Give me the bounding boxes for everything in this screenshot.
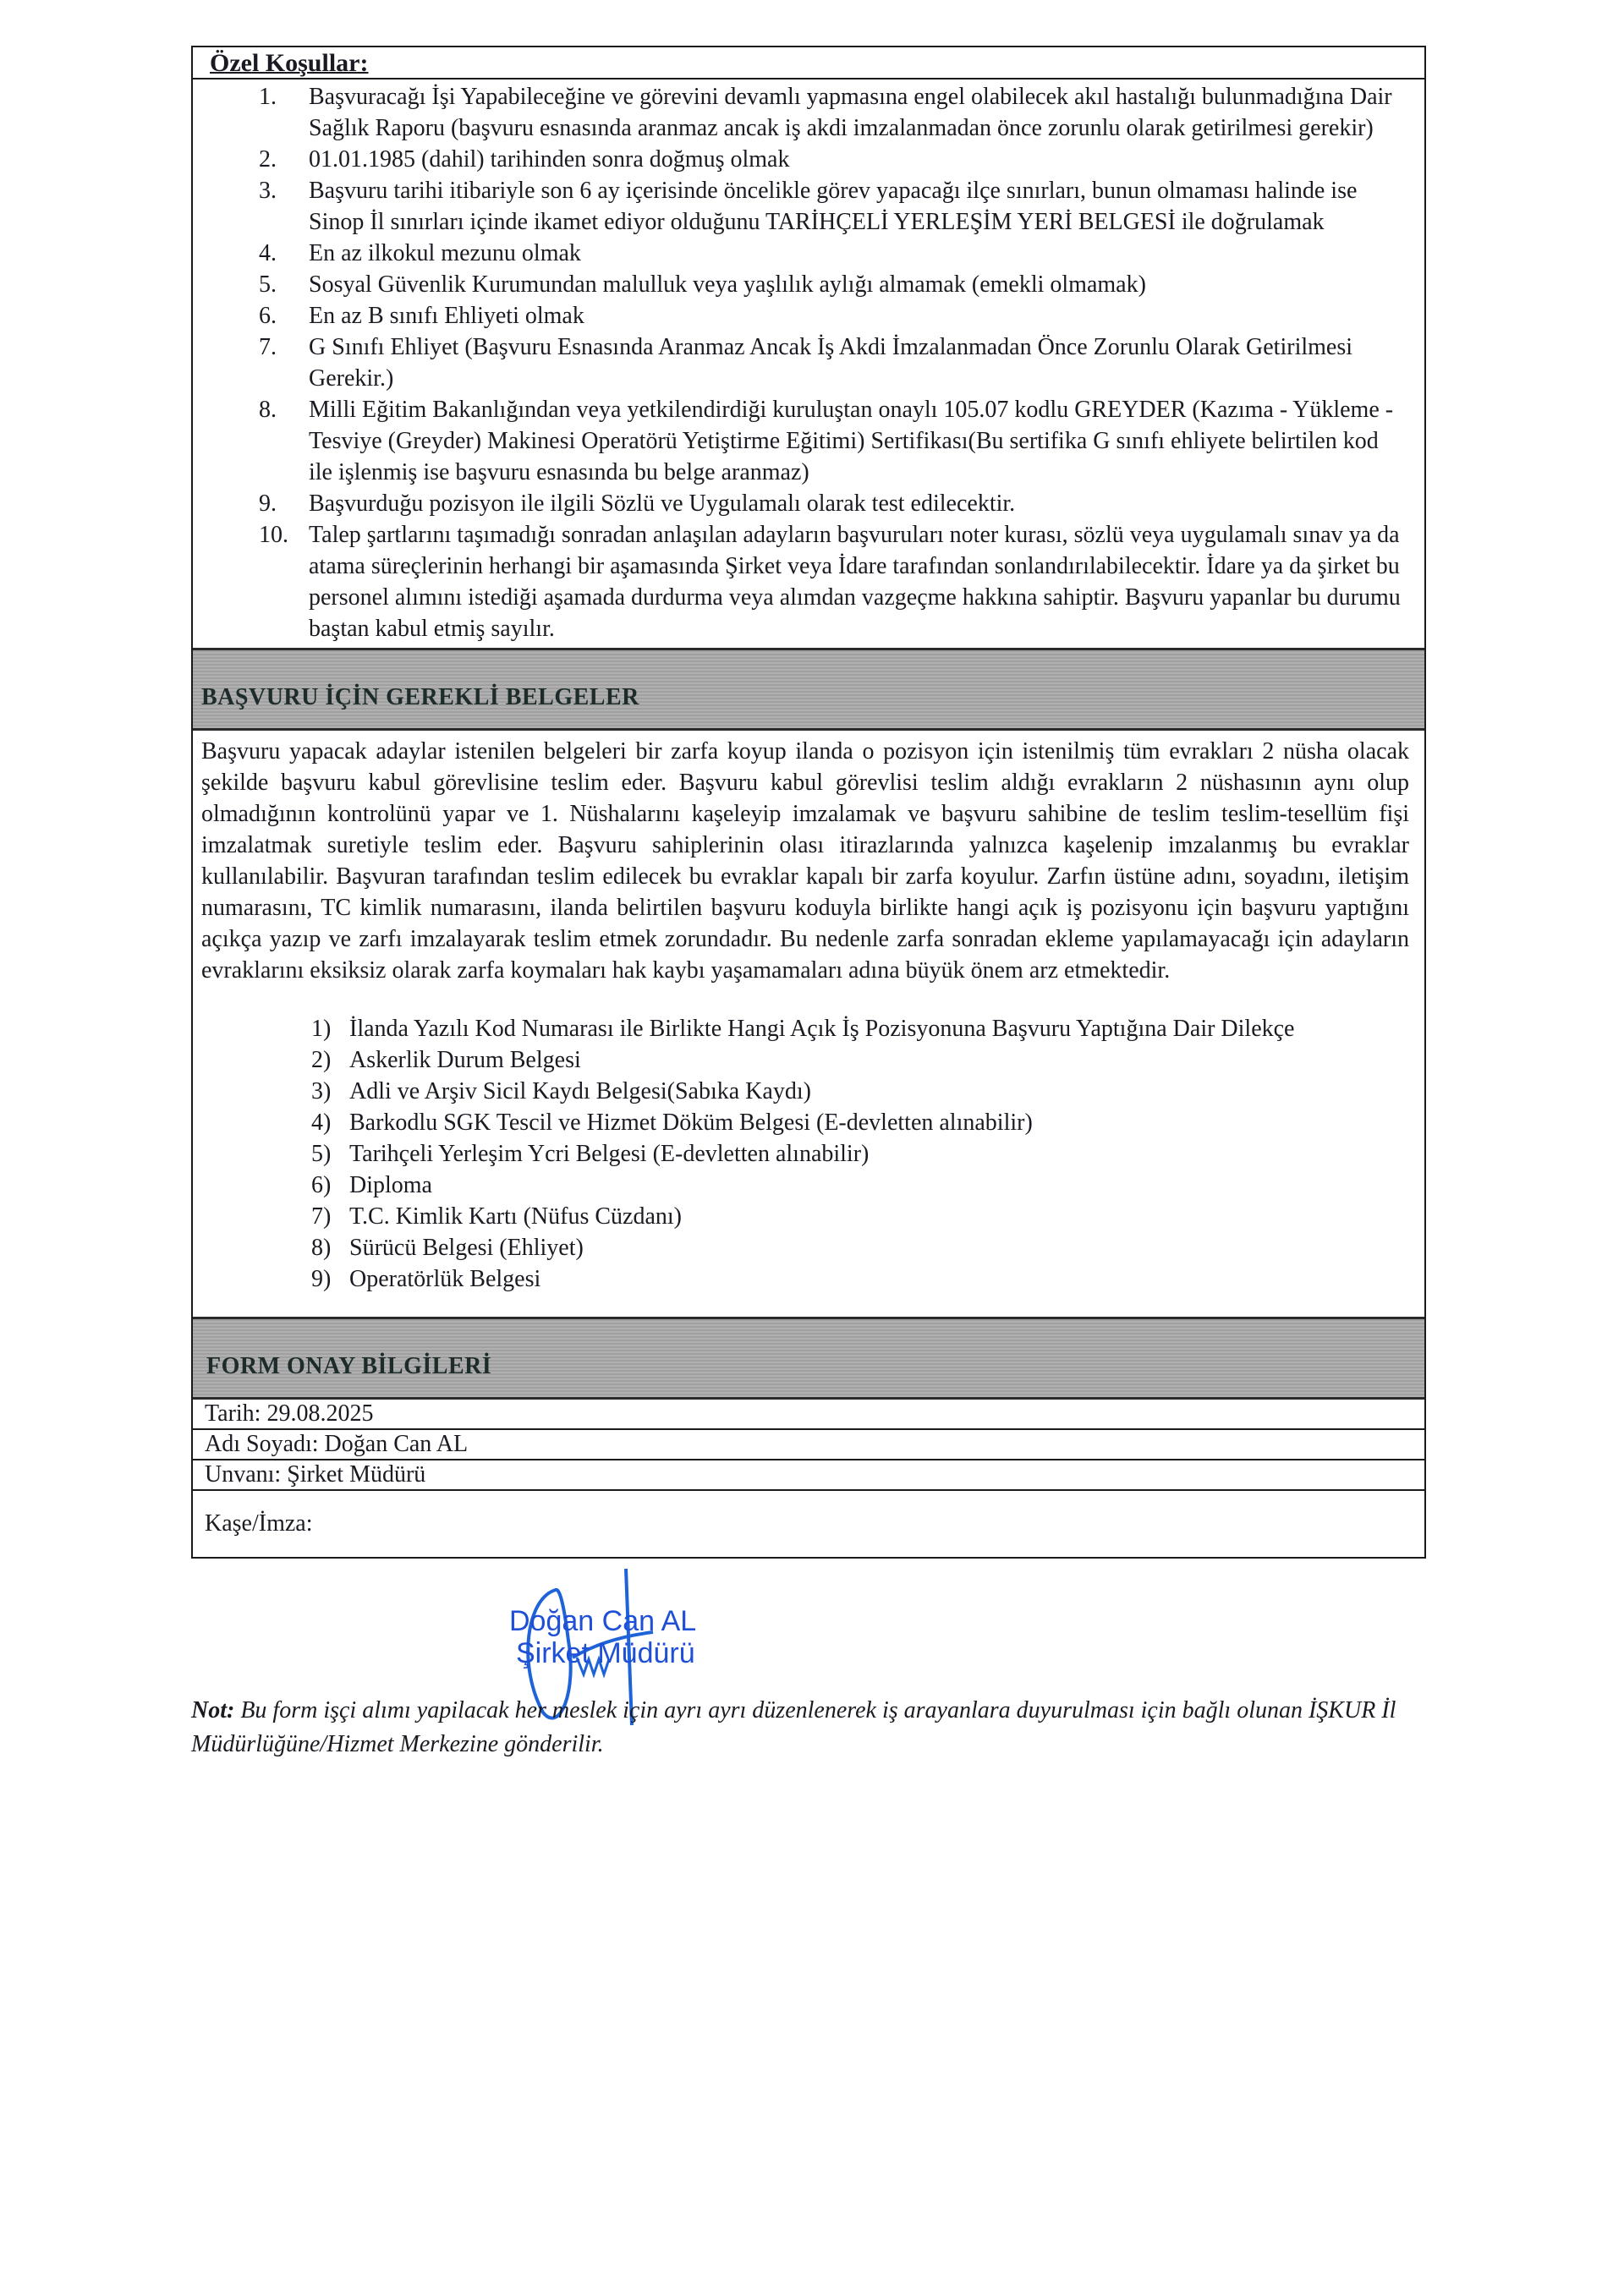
required-documents-header: BAŞVURU İÇİN GEREKLİ BELGELER bbox=[193, 648, 1424, 731]
document-item: 8)Sürücü Belgesi (Ehliyet) bbox=[193, 1232, 1424, 1263]
condition-item: 6.En az B sınıfı Ehliyeti olmak bbox=[193, 300, 1424, 332]
stamp-name: Doğan Can AL bbox=[509, 1607, 696, 1636]
condition-number: 9. bbox=[259, 488, 301, 519]
document-text: Askerlik Durum Belgesi bbox=[349, 1047, 581, 1073]
special-conditions-title: Özel Koşullar: bbox=[210, 47, 368, 79]
condition-item: 9.Başvurduğu pozisyon ile ilgili Sözlü v… bbox=[193, 488, 1424, 519]
condition-text: 01.01.1985 (dahil) tarihinden sonra doğm… bbox=[309, 146, 789, 173]
condition-text: Başvurduğu pozisyon ile ilgili Sözlü ve … bbox=[309, 490, 1015, 517]
title-row: Unvanı: Şirket Müdürü bbox=[193, 1460, 1424, 1491]
condition-text: Talep şartlarını taşımadığı sonradan anl… bbox=[309, 522, 1401, 642]
footer-note: Not: Bu form işçi alımı yapilacak her me… bbox=[191, 1694, 1460, 1762]
condition-item: 7.G Sınıfı Ehliyet (Başvuru Esnasında Ar… bbox=[193, 332, 1424, 394]
condition-number: 1. bbox=[259, 81, 301, 112]
document-number: 1) bbox=[311, 1013, 331, 1044]
document-text: Diploma bbox=[349, 1172, 432, 1198]
condition-text: Başvuracağı İşi Yapabileceğine ve görevi… bbox=[309, 84, 1392, 141]
document-item: 7)T.C. Kimlik Kartı (Nüfus Cüzdanı) bbox=[193, 1201, 1424, 1232]
document-text: Barkodlu SGK Tescil ve Hizmet Döküm Belg… bbox=[349, 1110, 1033, 1136]
stamp-label: Kaşe/İmza: bbox=[205, 1510, 313, 1537]
condition-number: 6. bbox=[259, 300, 301, 332]
name-field: Adı Soyadı: Doğan Can AL bbox=[205, 1431, 468, 1457]
form-table: Özel Koşullar: 1.Başvuracağı İşi Yapabil… bbox=[191, 46, 1426, 1559]
condition-text: Sosyal Güvenlik Kurumundan malulluk veya… bbox=[309, 271, 1146, 298]
note-label: Not: bbox=[191, 1697, 234, 1723]
condition-text: Milli Eğitim Bakanlığından veya yetkilen… bbox=[309, 397, 1393, 485]
condition-number: 7. bbox=[259, 332, 301, 363]
condition-number: 4. bbox=[259, 238, 301, 269]
document-item: 3)Adli ve Arşiv Sicil Kaydı Belgesi(Sabı… bbox=[193, 1076, 1424, 1107]
document-text: Adli ve Arşiv Sicil Kaydı Belgesi(Sabıka… bbox=[349, 1078, 811, 1104]
special-conditions-header: Özel Koşullar: bbox=[193, 47, 1424, 79]
condition-item: 3.Başvuru tarihi itibariyle son 6 ay içe… bbox=[193, 175, 1424, 238]
signature-row: Kaşe/İmza: bbox=[193, 1491, 1424, 1559]
title-field: Unvanı: Şirket Müdürü bbox=[205, 1461, 425, 1488]
condition-item: 2.01.01.1985 (dahil) tarihinden sonra do… bbox=[193, 144, 1424, 175]
document-number: 5) bbox=[311, 1138, 331, 1170]
document-number: 7) bbox=[311, 1201, 331, 1232]
document-text: Operatörlük Belgesi bbox=[349, 1266, 540, 1292]
document-item: 4)Barkodlu SGK Tescil ve Hizmet Döküm Be… bbox=[193, 1107, 1424, 1138]
document-item: 9)Operatörlük Belgesi bbox=[193, 1263, 1424, 1295]
stamp-title: Şirket Müdürü bbox=[516, 1639, 695, 1668]
condition-item: 5.Sosyal Güvenlik Kurumundan malulluk ve… bbox=[193, 269, 1424, 300]
document-number: 3) bbox=[311, 1076, 331, 1107]
name-row: Adı Soyadı: Doğan Can AL bbox=[193, 1430, 1424, 1460]
form-approval-header: FORM ONAY BİLGİLERİ bbox=[193, 1317, 1424, 1400]
document-text: T.C. Kimlik Kartı (Nüfus Cüzdanı) bbox=[349, 1203, 682, 1230]
document-item: 2)Askerlik Durum Belgesi bbox=[193, 1044, 1424, 1076]
document-item: 1)İlanda Yazılı Kod Numarası ile Birlikt… bbox=[193, 1013, 1424, 1044]
condition-text: En az B sınıfı Ehliyeti olmak bbox=[309, 303, 584, 329]
document-number: 9) bbox=[311, 1263, 331, 1295]
document-number: 8) bbox=[311, 1232, 331, 1263]
document-text: İlanda Yazılı Kod Numarası ile Birlikte … bbox=[349, 1016, 1294, 1042]
condition-item: 4.En az ilkokul mezunu olmak bbox=[193, 238, 1424, 269]
document-number: 6) bbox=[311, 1170, 331, 1201]
document-text: Tarihçeli Yerleşim Ycri Belgesi (E-devle… bbox=[349, 1141, 869, 1167]
condition-number: 8. bbox=[259, 394, 301, 425]
application-form: Özel Koşullar: 1.Başvuracağı İşi Yapabil… bbox=[191, 46, 1426, 1559]
note-text: Bu form işçi alımı yapilacak her meslek … bbox=[191, 1697, 1396, 1757]
condition-item: 8.Milli Eğitim Bakanlığından veya yetkil… bbox=[193, 394, 1424, 488]
condition-text: Başvuru tarihi itibariyle son 6 ay içeri… bbox=[309, 178, 1357, 235]
document-number: 4) bbox=[311, 1107, 331, 1138]
form-approval-title: FORM ONAY BİLGİLERİ bbox=[206, 1353, 491, 1380]
condition-text: En az ilkokul mezunu olmak bbox=[309, 240, 581, 266]
special-conditions-list: 1.Başvuracağı İşi Yapabileceğine ve göre… bbox=[193, 79, 1424, 648]
condition-item: 1.Başvuracağı İşi Yapabileceğine ve göre… bbox=[193, 81, 1424, 144]
condition-number: 10. bbox=[259, 519, 301, 551]
document-item: 6)Diploma bbox=[193, 1170, 1424, 1201]
condition-number: 2. bbox=[259, 144, 301, 175]
document-text: Sürücü Belgesi (Ehliyet) bbox=[349, 1235, 584, 1261]
document-number: 2) bbox=[311, 1044, 331, 1076]
document-item: 5)Tarihçeli Yerleşim Ycri Belgesi (E-dev… bbox=[193, 1138, 1424, 1170]
condition-item: 10.Talep şartlarını taşımadığı sonradan … bbox=[193, 519, 1424, 644]
condition-number: 5. bbox=[259, 269, 301, 300]
condition-text: G Sınıfı Ehliyet (Başvuru Esnasında Aran… bbox=[309, 334, 1352, 392]
date-field: Tarih: 29.08.2025 bbox=[205, 1400, 373, 1427]
required-documents-list: 1)İlanda Yazılı Kod Numarası ile Birlikt… bbox=[193, 993, 1424, 1317]
required-documents-paragraph: Başvuru yapacak adaylar istenilen belgel… bbox=[193, 731, 1424, 993]
required-documents-title: BAŞVURU İÇİN GEREKLİ BELGELER bbox=[201, 684, 639, 711]
date-row: Tarih: 29.08.2025 bbox=[193, 1400, 1424, 1430]
condition-number: 3. bbox=[259, 175, 301, 206]
